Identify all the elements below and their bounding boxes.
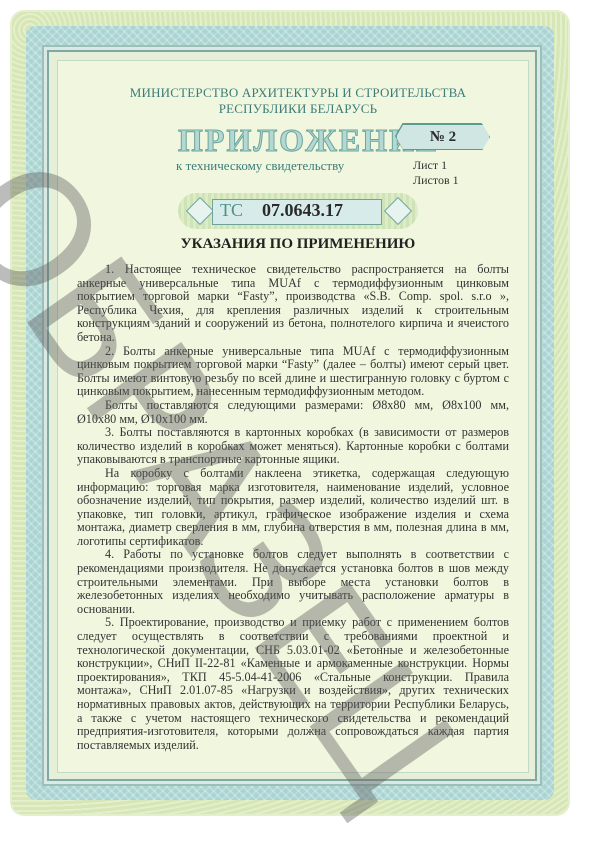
appendix-number: № 2 (396, 124, 490, 150)
ministry-header: МИНИСТЕРСТВО АРХИТЕКТУРЫ И СТРОИТЕЛЬСТВА… (0, 85, 596, 117)
sheet-number: Лист 1 (413, 158, 459, 173)
ministry-line-1: МИНИСТЕРСТВО АРХИТЕКТУРЫ И СТРОИТЕЛЬСТВА (0, 85, 596, 101)
certificate-prefix: ТС (220, 200, 243, 221)
sheets-total: Листов 1 (413, 173, 459, 188)
certificate-number: 07.0643.17 (262, 200, 343, 221)
ministry-line-2: РЕСПУБЛИКИ БЕЛАРУСЬ (0, 101, 596, 117)
sheet-info: Лист 1 Листов 1 (413, 158, 459, 188)
document-subtitle: к техническому свидетельству (176, 158, 344, 174)
